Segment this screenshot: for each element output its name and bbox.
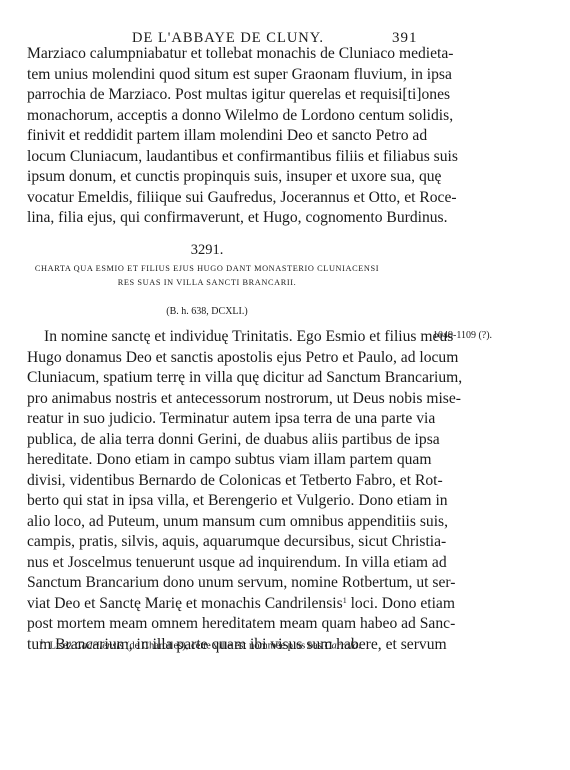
- footnote-marker: 1: [40, 638, 44, 646]
- text-line: divisi, videntibus Bernardo de Colonicas…: [27, 471, 387, 492]
- charter-title-line: RES SUAS IN VILLA SANCTI BRANCARII.: [27, 276, 387, 290]
- text-line: berto qui stat in ipsa villa, et Berenge…: [27, 491, 387, 512]
- text-line: hereditate. Dono etiam in campo subtus v…: [27, 450, 387, 471]
- text-line: In nomine sanctę et individuę Trinitatis…: [27, 327, 387, 348]
- text-line: Hugo donamus Deo et sanctis apostolis ej…: [27, 348, 387, 369]
- text-line: post mortem meam omnem hereditatem meam …: [27, 614, 387, 635]
- text-line: locum Cluniacum, laudantibus et confirma…: [27, 147, 387, 168]
- text-line: finivit et reddidit partem illam molendi…: [27, 126, 387, 147]
- text-line: reatur in suo judicio. Terminatur autem …: [27, 409, 387, 430]
- footnote-text: .: [358, 641, 361, 652]
- footnote-italic: Cadrilensis: [75, 641, 123, 652]
- charter-source: (B. h. 638, DCXLI.): [0, 306, 414, 317]
- text-line: monachorum, acceptis a donno Wilelmo de …: [27, 106, 387, 127]
- text-line: alio loco, ad Puteum, unum mansum cum om…: [27, 512, 387, 533]
- text-line: vocatur Emeldis, filiique sui Gaufredus,…: [27, 188, 387, 209]
- text-line: viat Deo et Sanctę Marię et monachis Can…: [27, 594, 387, 615]
- charter-number: 3291.: [0, 242, 414, 259]
- footnote-text: (de Charolles), cette ville est nommée p…: [123, 641, 324, 652]
- text-line: ipsum donum, et cunctis propinquis suis,…: [27, 167, 387, 188]
- charter-title-line: CHARTA QUA ESMIO ET FILIUS EJUS HUGO DAN…: [27, 262, 387, 276]
- text-line: tem unius molendini quod situm est super…: [27, 65, 387, 86]
- text-segment: loci. Dono etiam: [347, 595, 455, 612]
- text-line: Sanctum Brancarium dono unum servum, nom…: [27, 573, 387, 594]
- continuation-paragraph: Marziaco calumpniabatur et tollebat mona…: [27, 44, 387, 229]
- text-line: parrochia de Marziaco. Post multas igitu…: [27, 85, 387, 106]
- text-line: Cluniacum, spatium terrę in villa quę di…: [27, 368, 387, 389]
- text-segment: viat Deo et Sanctę Marię et monachis Can…: [27, 595, 343, 612]
- footnote: 1Lisez Cadrilensis (de Charolles), cette…: [40, 638, 361, 652]
- text-line: lina, filia ejus, qui confirmaverunt, et…: [27, 208, 387, 229]
- footnote-italic: Carrola: [325, 641, 358, 652]
- text-line: Marziaco calumpniabatur et tollebat mona…: [27, 44, 387, 65]
- footnote-text: Lisez: [50, 641, 75, 652]
- text-line: nus et Joscelmus tenuerunt usque ad inqu…: [27, 553, 387, 574]
- text-line: campis, pratis, silvis, aquis, aquarumqu…: [27, 532, 387, 553]
- document-page: DE L'ABBAYE DE CLUNY. 391 Marziaco calum…: [0, 0, 570, 770]
- charter-paragraph: In nomine sanctę et individuę Trinitatis…: [27, 327, 387, 655]
- charter-title: CHARTA QUA ESMIO ET FILIUS EJUS HUGO DAN…: [27, 262, 387, 290]
- text-line: pro animabus nostris et antecessorum nos…: [27, 389, 387, 410]
- text-line: publica, de alia terra donni Gerini, de …: [27, 430, 387, 451]
